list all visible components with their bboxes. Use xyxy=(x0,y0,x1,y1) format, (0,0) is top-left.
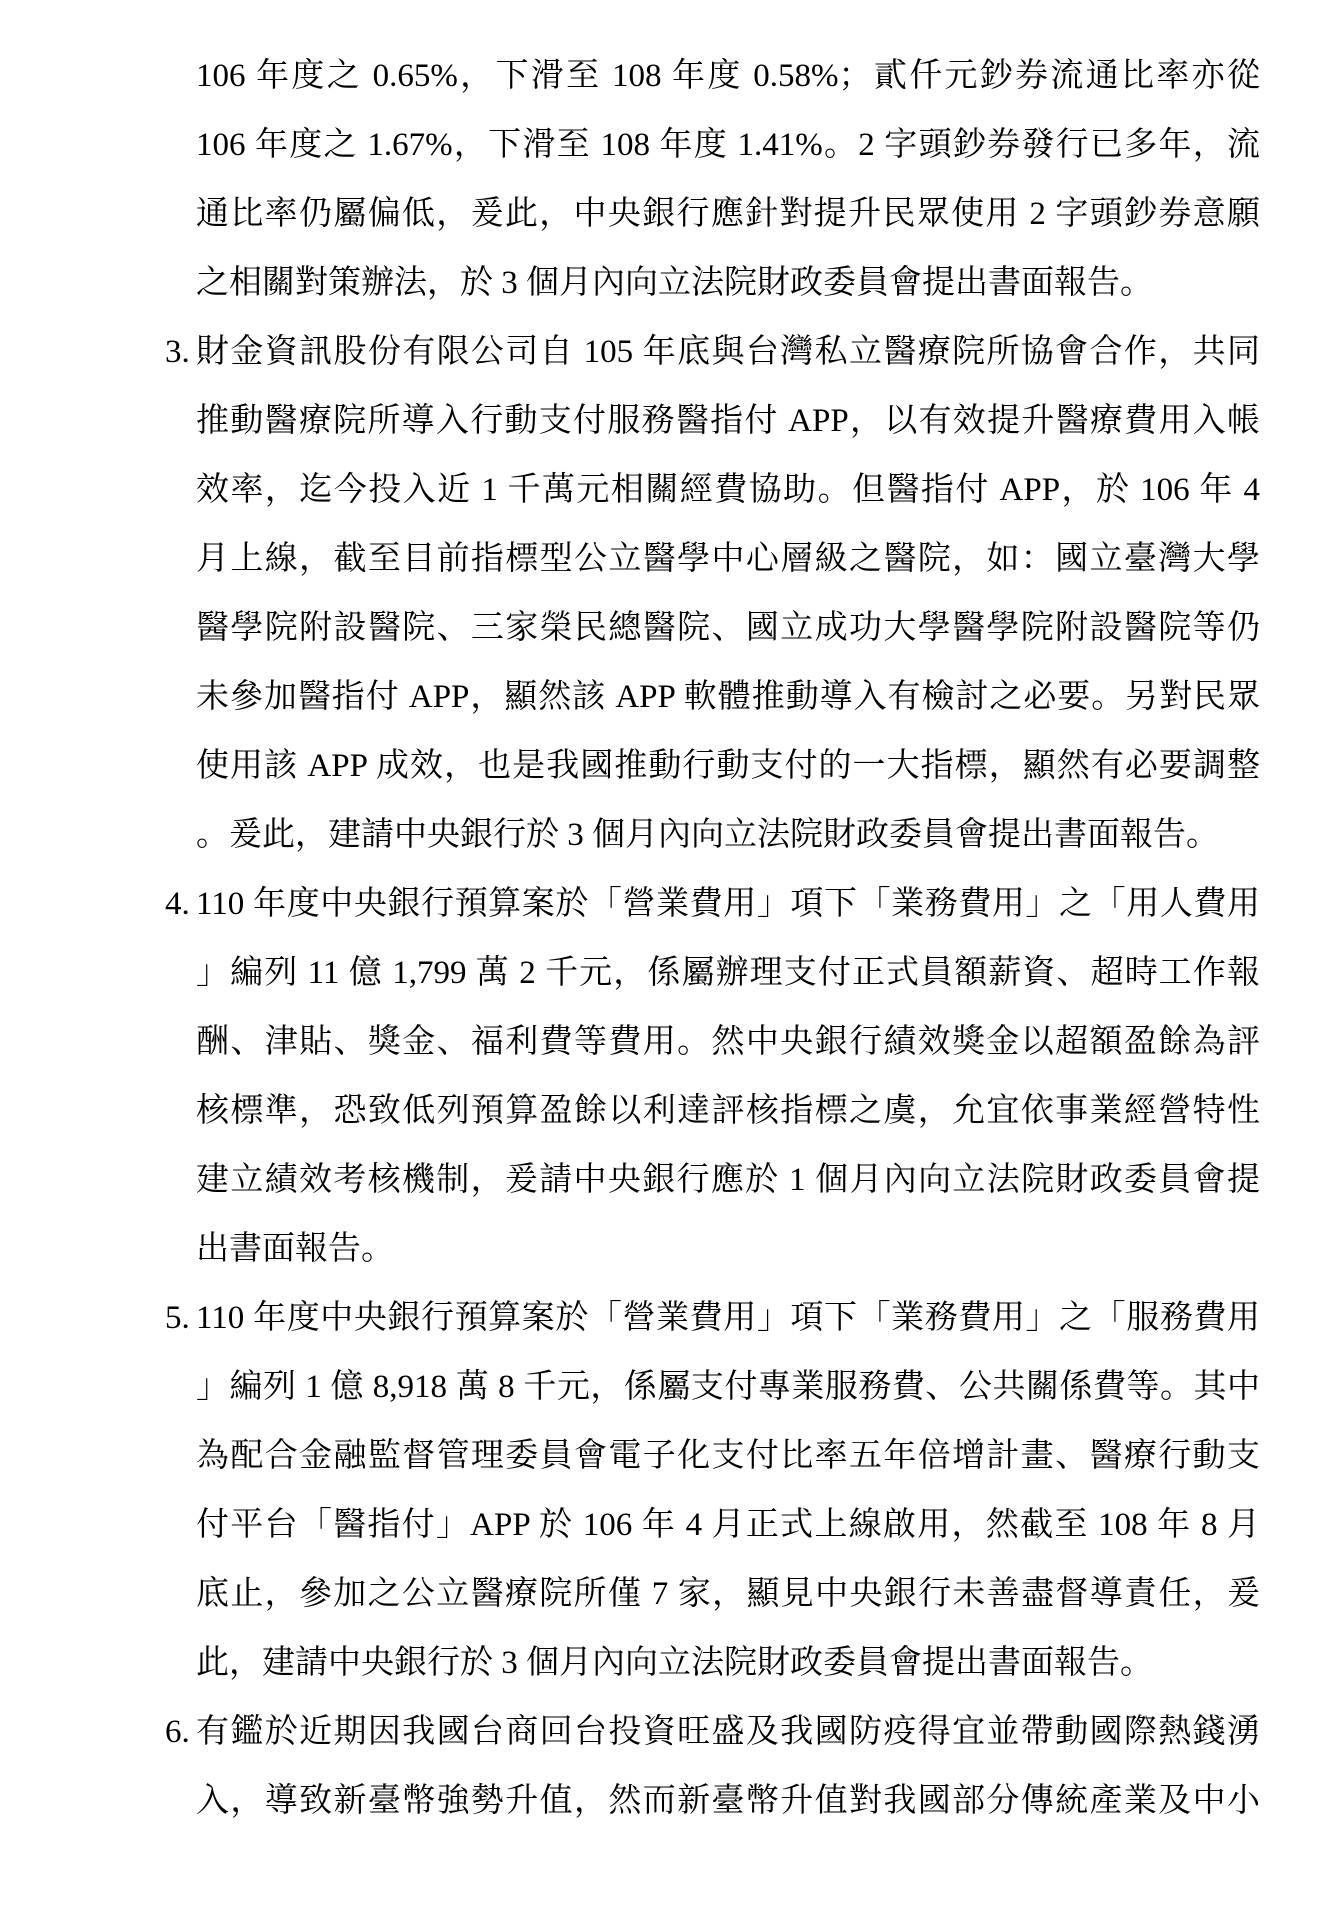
text-line: 月上線，截至目前指標型公立醫學中心層級之醫院，如：國立臺灣大學 xyxy=(196,525,1260,594)
paragraph-item-6: 6. 有鑑於近期因我國台商回台投資旺盛及我國防疫得宜並帶動國際熱錢湧 入，導致新… xyxy=(196,1698,1260,1836)
text-line: 通比率仍屬偏低，爰此，中央銀行應針對提升民眾使用 2 字頭鈔券意願 xyxy=(196,180,1260,249)
text-line: 酬、津貼、獎金、福利費等費用。然中央銀行績效獎金以超額盈餘為評 xyxy=(196,1008,1260,1077)
list-item-number: 6. xyxy=(165,1698,190,1767)
text-line: 此，建請中央銀行於 3 個月內向立法院財政委員會提出書面報告。 xyxy=(196,1629,1260,1698)
text-line: 財金資訊股份有限公司自 105 年底與台灣私立醫療院所協會合作，共同 xyxy=(196,318,1260,387)
text-line: 106 年度之 0.65%，下滑至 108 年度 0.58%；貳仟元鈔券流通比率… xyxy=(196,42,1260,111)
text-line: 核標準，恐致低列預算盈餘以利達評核指標之虞，允宜依事業經營特性 xyxy=(196,1077,1260,1146)
text-line: 底止，參加之公立醫療院所僅 7 家，顯見中央銀行未善盡督導責任，爰 xyxy=(196,1560,1260,1629)
text-line: 使用該 APP 成效，也是我國推動行動支付的一大指標，顯然有必要調整 xyxy=(196,732,1260,801)
paragraph-item-3: 3. 財金資訊股份有限公司自 105 年底與台灣私立醫療院所協會合作，共同 推動… xyxy=(196,318,1260,870)
text-line: 建立績效考核機制，爰請中央銀行應於 1 個月內向立法院財政委員會提 xyxy=(196,1146,1260,1215)
text-line: 效率，迄今投入近 1 千萬元相關經費協助。但醫指付 APP，於 106 年 4 xyxy=(196,456,1260,525)
text-line: 未參加醫指付 APP，顯然該 APP 軟體推動導入有檢討之必要。另對民眾 xyxy=(196,663,1260,732)
text-line: 有鑑於近期因我國台商回台投資旺盛及我國防疫得宜並帶動國際熱錢湧 xyxy=(196,1698,1260,1767)
text-line: 付平台「醫指付」APP 於 106 年 4 月正式上線啟用，然截至 108 年 … xyxy=(196,1491,1260,1560)
list-item-number: 4. xyxy=(165,870,190,939)
list-item-number: 3. xyxy=(165,318,190,387)
text-line: 110 年度中央銀行預算案於「營業費用」項下「業務費用」之「用人費用 xyxy=(196,870,1260,939)
text-line: 」編列 11 億 1,799 萬 2 千元，係屬辦理支付正式員額薪資、超時工作報 xyxy=(196,939,1260,1008)
paragraph-continuation: 106 年度之 0.65%，下滑至 108 年度 0.58%；貳仟元鈔券流通比率… xyxy=(196,42,1260,318)
text-line: 110 年度中央銀行預算案於「營業費用」項下「業務費用」之「服務費用 xyxy=(196,1284,1260,1353)
paragraph-item-5: 5. 110 年度中央銀行預算案於「營業費用」項下「業務費用」之「服務費用 」編… xyxy=(196,1284,1260,1698)
text-line: 推動醫療院所導入行動支付服務醫指付 APP，以有效提升醫療費用入帳 xyxy=(196,387,1260,456)
text-line: 之相關對策辦法，於 3 個月內向立法院財政委員會提出書面報告。 xyxy=(196,249,1260,318)
text-line: 106 年度之 1.67%，下滑至 108 年度 1.41%。2 字頭鈔券發行已… xyxy=(196,111,1260,180)
text-line: 出書面報告。 xyxy=(196,1215,1260,1284)
text-line: 為配合金融監督管理委員會電子化支付比率五年倍增計畫、醫療行動支 xyxy=(196,1422,1260,1491)
text-line: 。爰此，建請中央銀行於 3 個月內向立法院財政委員會提出書面報告。 xyxy=(196,801,1260,870)
text-line: 」編列 1 億 8,918 萬 8 千元，係屬支付專業服務費、公共關係費等。其中 xyxy=(196,1353,1260,1422)
text-line: 醫學院附設醫院、三家榮民總醫院、國立成功大學醫學院附設醫院等仍 xyxy=(196,594,1260,663)
text-line: 入，導致新臺幣強勢升值，然而新臺幣升值對我國部分傳統產業及中小 xyxy=(196,1767,1260,1836)
list-item-number: 5. xyxy=(165,1284,190,1353)
document-page: 106 年度之 0.65%，下滑至 108 年度 0.58%；貳仟元鈔券流通比率… xyxy=(0,0,1343,1928)
document-body: 106 年度之 0.65%，下滑至 108 年度 0.58%；貳仟元鈔券流通比率… xyxy=(196,42,1260,1836)
paragraph-item-4: 4. 110 年度中央銀行預算案於「營業費用」項下「業務費用」之「用人費用 」編… xyxy=(196,870,1260,1284)
